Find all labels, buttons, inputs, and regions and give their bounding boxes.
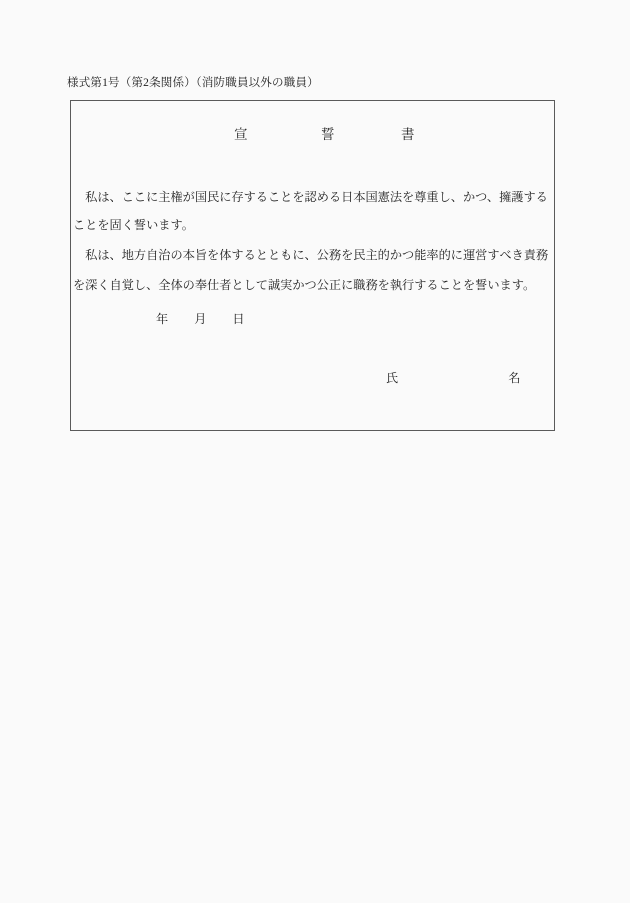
day-label: 日 — [232, 312, 244, 327]
paragraph-2-line-2: を深く自覚し、全体の奉仕者として誠実かつ公正に職務を執行することを誓います。 — [73, 278, 552, 293]
form-number-label: 様式第1号（第2条関係）（消防職員以外の職員） — [67, 76, 319, 91]
oath-title-char-3: 書 — [401, 128, 415, 142]
paragraph-2-line-1: 私は、地方自治の本旨を体するとともに、公務を民主的かつ能率的に運営すべき責務 — [73, 248, 552, 263]
oath-box: 宣 誓 書 私は、ここに主権が国民に存することを認める日本国憲法を尊重し、かつ、… — [70, 100, 555, 431]
month-label: 月 — [194, 312, 206, 327]
paragraph-1-line-1: 私は、ここに主権が国民に存することを認める日本国憲法を尊重し、かつ、擁護する — [73, 190, 552, 205]
paragraph-1-line-2: ことを固く誓います。 — [73, 218, 552, 233]
oath-title-char-1: 宣 — [234, 128, 248, 142]
document-page: 様式第1号（第2条関係）（消防職員以外の職員） 宣 誓 書 私は、ここに主権が国… — [0, 0, 630, 903]
name-label-right: 名 — [508, 371, 520, 386]
name-line: 氏 名 — [386, 371, 520, 386]
date-line: 年 月 日 — [156, 312, 245, 327]
year-label: 年 — [156, 312, 168, 327]
name-label-left: 氏 — [386, 371, 398, 386]
oath-title-char-2: 誓 — [321, 128, 335, 142]
